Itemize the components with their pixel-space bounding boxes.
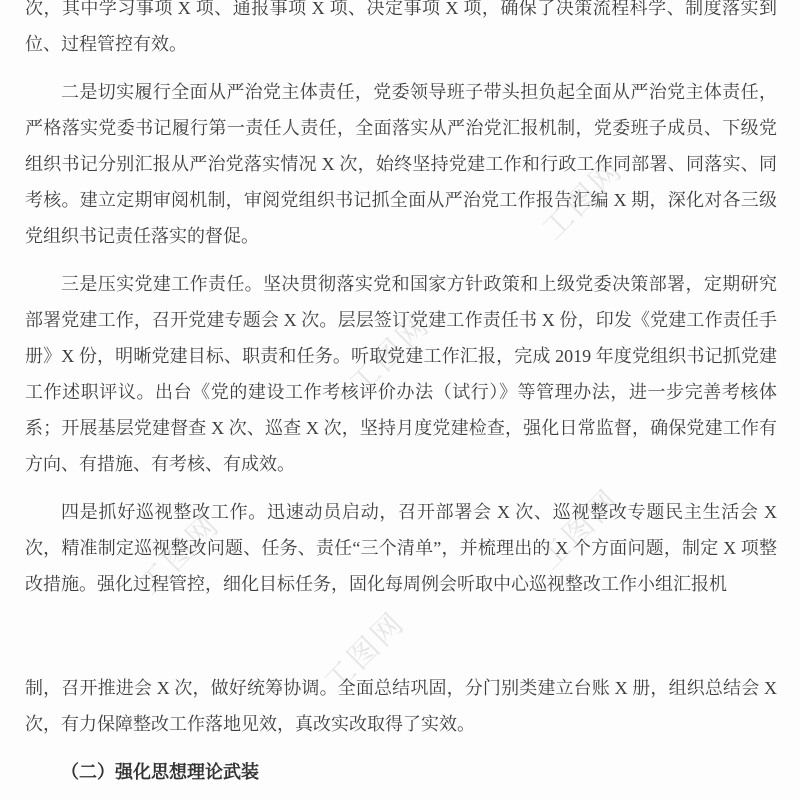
document-content: 次，其中学习事项 X 项、通报事项 X 项、决定事项 X 项，确保了决策流程科学… (25, 0, 777, 800)
paragraph-item-two: 二是切实履行全面从严治党主体责任，党委领导班子带头担负起全面从严治党主体责任，严… (25, 74, 777, 254)
paragraph-item-four-part1: 四是抓好巡视整改工作。迅速动员启动，召开部署会 X 次、巡视整改专题民主生活会 … (25, 494, 777, 602)
paragraph-item-four-part2: 制，召开推进会 X 次，做好统筹协调。全面总结巩固，分门别类建立台账 X 册，组… (25, 670, 777, 742)
section-heading: （二）强化思想理论武装 (25, 754, 777, 790)
document-page: 工图网 工图网 工图网 工图网 工图网 次，其中学习事项 X 项、通报事项 X … (0, 0, 800, 800)
paragraph-continuation: 次，其中学习事项 X 项、通报事项 X 项、决定事项 X 项，确保了决策流程科学… (25, 0, 777, 62)
paragraph-item-three: 三是压实党建工作责任。坚决贯彻落实党和国家方针政策和上级党委决策部署，定期研究部… (25, 266, 777, 482)
